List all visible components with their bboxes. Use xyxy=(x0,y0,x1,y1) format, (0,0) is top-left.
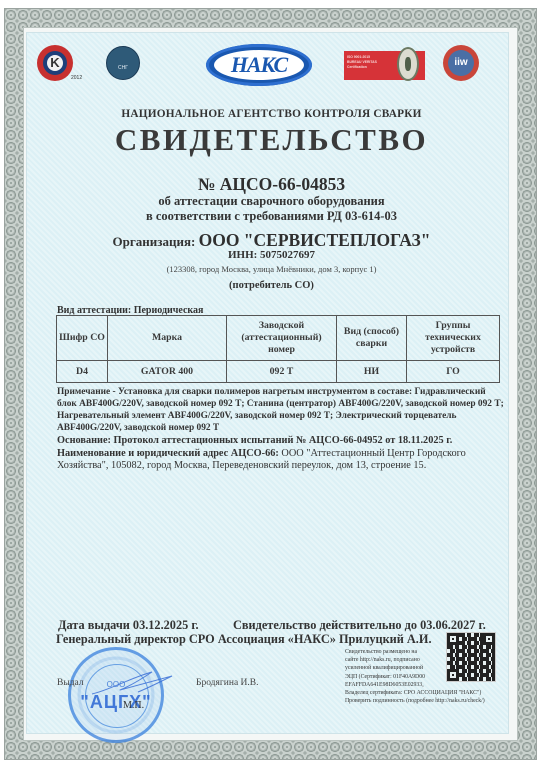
basis-protocol: Основание: Протокол аттестационных испыт… xyxy=(57,435,507,448)
certificate-standard: в соответствии с требованиями РД 03-614-… xyxy=(0,209,543,224)
agency-name: НАЦИОНАЛЬНОЕ АГЕНТСТВО КОНТРОЛЯ СВАРКИ xyxy=(0,107,543,121)
organization-name: ООО "СЕРВИСТЕПЛОГАЗ" xyxy=(199,230,431,250)
equipment-table: Шифр СОМаркаЗаводской (аттестационный) н… xyxy=(56,315,500,383)
emblem-year: 2012 xyxy=(71,75,82,81)
signer-name: Бродягина И.В. xyxy=(196,677,259,689)
certificate-subtitle: об аттестации сварочного оборудования xyxy=(0,194,543,209)
organization-address: (123308, город Москва, улица Мнёвники, д… xyxy=(0,263,543,275)
bv-cert-text: Certification xyxy=(347,65,387,70)
certificate-number: № АЦСО-66-04853 xyxy=(0,173,543,195)
cis-label: СНГ xyxy=(107,65,139,71)
table-cell: ГО xyxy=(407,361,500,383)
esig-line: ЭЦП (Сертификат: 01F40A9D00 xyxy=(345,673,505,681)
naks-logo-icon: НАКС xyxy=(206,44,312,86)
electronic-signature-info: Свидетельство размещено насайте http://n… xyxy=(345,648,505,705)
iiw-label: iiw xyxy=(448,50,474,76)
basis-section: Основание: Протокол аттестационных испыт… xyxy=(57,435,507,473)
iiw-logo-icon: iiw xyxy=(443,45,479,81)
column-header: Вид (способ) сварки xyxy=(337,316,407,361)
seal-place-label: М.П. xyxy=(123,700,144,712)
table-cell: D4 xyxy=(57,361,108,383)
bureau-veritas-certification-icon: ISO 9001:2015 BUREAU VERITAS Certificati… xyxy=(344,51,425,80)
column-header: Марка xyxy=(108,316,227,361)
equipment-note: Примечание - Установка для сварки полиме… xyxy=(57,386,507,434)
table-row: D4GATOR 400092 ТНИГО xyxy=(57,361,500,383)
document-title: СВИДЕТЕЛЬСТВО xyxy=(0,120,543,160)
organization-inn: ИНН: 5075027697 xyxy=(0,248,543,262)
esig-line: Свидетельство размещено на xyxy=(345,648,505,656)
naks-logo-text: НАКС xyxy=(214,50,304,80)
issue-date: Дата выдачи 03.12.2025 г. xyxy=(58,618,199,632)
issue-dates: Дата выдачи 03.12.2025 г. Свидетельство … xyxy=(58,618,498,633)
esig-line: сайте http://naks.ru, подписано xyxy=(345,656,505,664)
column-header: Группы технических устройств xyxy=(407,316,500,361)
cis-emblem-icon: СНГ xyxy=(106,46,140,80)
column-header: Заводской (аттестационный) номер xyxy=(227,316,337,361)
table-cell: GATOR 400 xyxy=(108,361,227,383)
column-header: Шифр СО xyxy=(57,316,108,361)
issued-by-label: Выдал xyxy=(57,677,84,689)
director-signature-line: Генеральный директор СРО Ассоциация «НАК… xyxy=(56,632,432,647)
esig-line: Проверить подлинность (подробнее http://… xyxy=(345,697,505,705)
esig-line: Владелец сертификата: СРО АССОЦИАЦИЯ "НА… xyxy=(345,689,505,697)
k-quality-emblem-icon: K 2012 xyxy=(37,45,73,81)
emblem-letter: K xyxy=(47,55,63,71)
attestation-center-label: Наименование и юридический адрес АЦСО-66… xyxy=(57,448,279,459)
organization-role: (потребитель СО) xyxy=(0,279,543,293)
organization-label: Организация: xyxy=(113,234,196,249)
bv-seal-icon xyxy=(397,47,419,81)
esig-line: EFAFFDA641E98D6053E02933, xyxy=(345,681,505,689)
table-cell: НИ xyxy=(337,361,407,383)
table-cell: 092 Т xyxy=(227,361,337,383)
handwritten-signature-icon xyxy=(90,668,180,698)
esig-line: усиленной квалифицированной xyxy=(345,664,505,672)
table-header-row: Шифр СОМаркаЗаводской (аттестационный) н… xyxy=(57,316,500,361)
attestation-center-info: Наименование и юридический адрес АЦСО-66… xyxy=(57,448,507,473)
valid-until: Свидетельство действительно до 03.06.202… xyxy=(233,618,486,633)
